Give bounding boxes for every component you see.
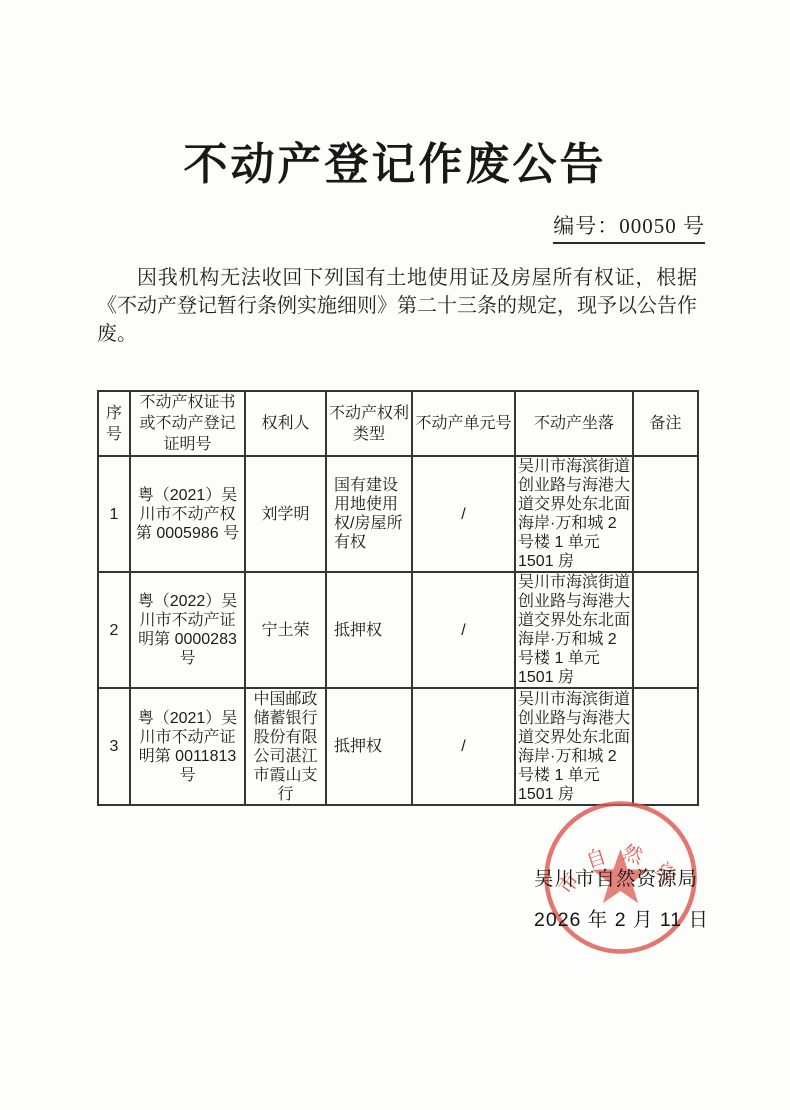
header-cell-right-type: 不动产权利类型 [326, 391, 412, 456]
cell-seq: 1 [98, 456, 130, 572]
document-page: 不动产登记作废公告 编号：00050 号 因我机构无法收回下列国有土地使用证及房… [0, 0, 790, 1110]
issuer-name: 吴川市自然资源局 [534, 863, 698, 891]
doc-number: 编号：00050 号 [553, 210, 705, 244]
cell-holder: 宁土荣 [245, 572, 326, 688]
cell-remark [633, 456, 698, 572]
cell-cert-no: 粤（2022）吴川市不动产证明第 0000283 号 [130, 572, 245, 688]
cell-remark [633, 688, 698, 805]
cell-right-type: 抵押权 [326, 688, 412, 805]
cancellation-table: 序号 不动产权证书或不动产登记证明号 权利人 不动产权利类型 不动产单元号 不动… [97, 390, 699, 806]
cell-unit-no: / [412, 456, 515, 572]
cell-seq: 2 [98, 572, 130, 688]
cell-location: 吴川市海滨街道创业路与海港大道交界处东北面海岸·万和城 2 号楼 1 单元 15… [515, 688, 633, 805]
table-header-row: 序号 不动产权证书或不动产登记证明号 权利人 不动产权利类型 不动产单元号 不动… [98, 391, 698, 456]
table-row: 3 粤（2021）吴川市不动产证明第 0011813 号 中国邮政储蓄银行股份有… [98, 688, 698, 805]
cell-unit-no: / [412, 572, 515, 688]
header-cell-cert-no: 不动产权证书或不动产登记证明号 [130, 391, 245, 456]
cell-location: 吴川市海滨街道创业路与海港大道交界处东北面海岸·万和城 2 号楼 1 单元 15… [515, 456, 633, 572]
issue-date: 2026 年 2 月 11 日 [534, 904, 709, 932]
header-cell-location: 不动产坐落 [515, 391, 633, 456]
body-paragraph: 因我机构无法收回下列国有土地使用证及房屋所有权证，根据《不动产登记暂行条例实施细… [97, 264, 697, 348]
cell-right-type: 国有建设用地使用权/房屋所有权 [326, 456, 412, 572]
cell-cert-no: 粤（2021）吴川市不动产权第 0005986 号 [130, 456, 245, 572]
cell-right-type: 抵押权 [326, 572, 412, 688]
doc-number-text: 编号：00050 号 [553, 210, 705, 244]
cell-cert-no: 粤（2021）吴川市不动产证明第 0011813 号 [130, 688, 245, 805]
page-title: 不动产登记作废公告 [0, 128, 790, 192]
table-row: 1 粤（2021）吴川市不动产权第 0005986 号 刘学明 国有建设用地使用… [98, 456, 698, 572]
cell-location: 吴川市海滨街道创业路与海港大道交界处东北面海岸·万和城 2 号楼 1 单元 15… [515, 572, 633, 688]
cell-remark [633, 572, 698, 688]
header-cell-unit-no: 不动产单元号 [412, 391, 515, 456]
cell-unit-no: / [412, 688, 515, 805]
header-cell-remark: 备注 [633, 391, 698, 456]
cell-holder: 中国邮政储蓄银行股份有限公司湛江市霞山支行 [245, 688, 326, 805]
cell-seq: 3 [98, 688, 130, 805]
header-cell-holder: 权利人 [245, 391, 326, 456]
cell-holder: 刘学明 [245, 456, 326, 572]
header-cell-seq: 序号 [98, 391, 130, 456]
table-row: 2 粤（2022）吴川市不动产证明第 0000283 号 宁土荣 抵押权 / 吴… [98, 572, 698, 688]
